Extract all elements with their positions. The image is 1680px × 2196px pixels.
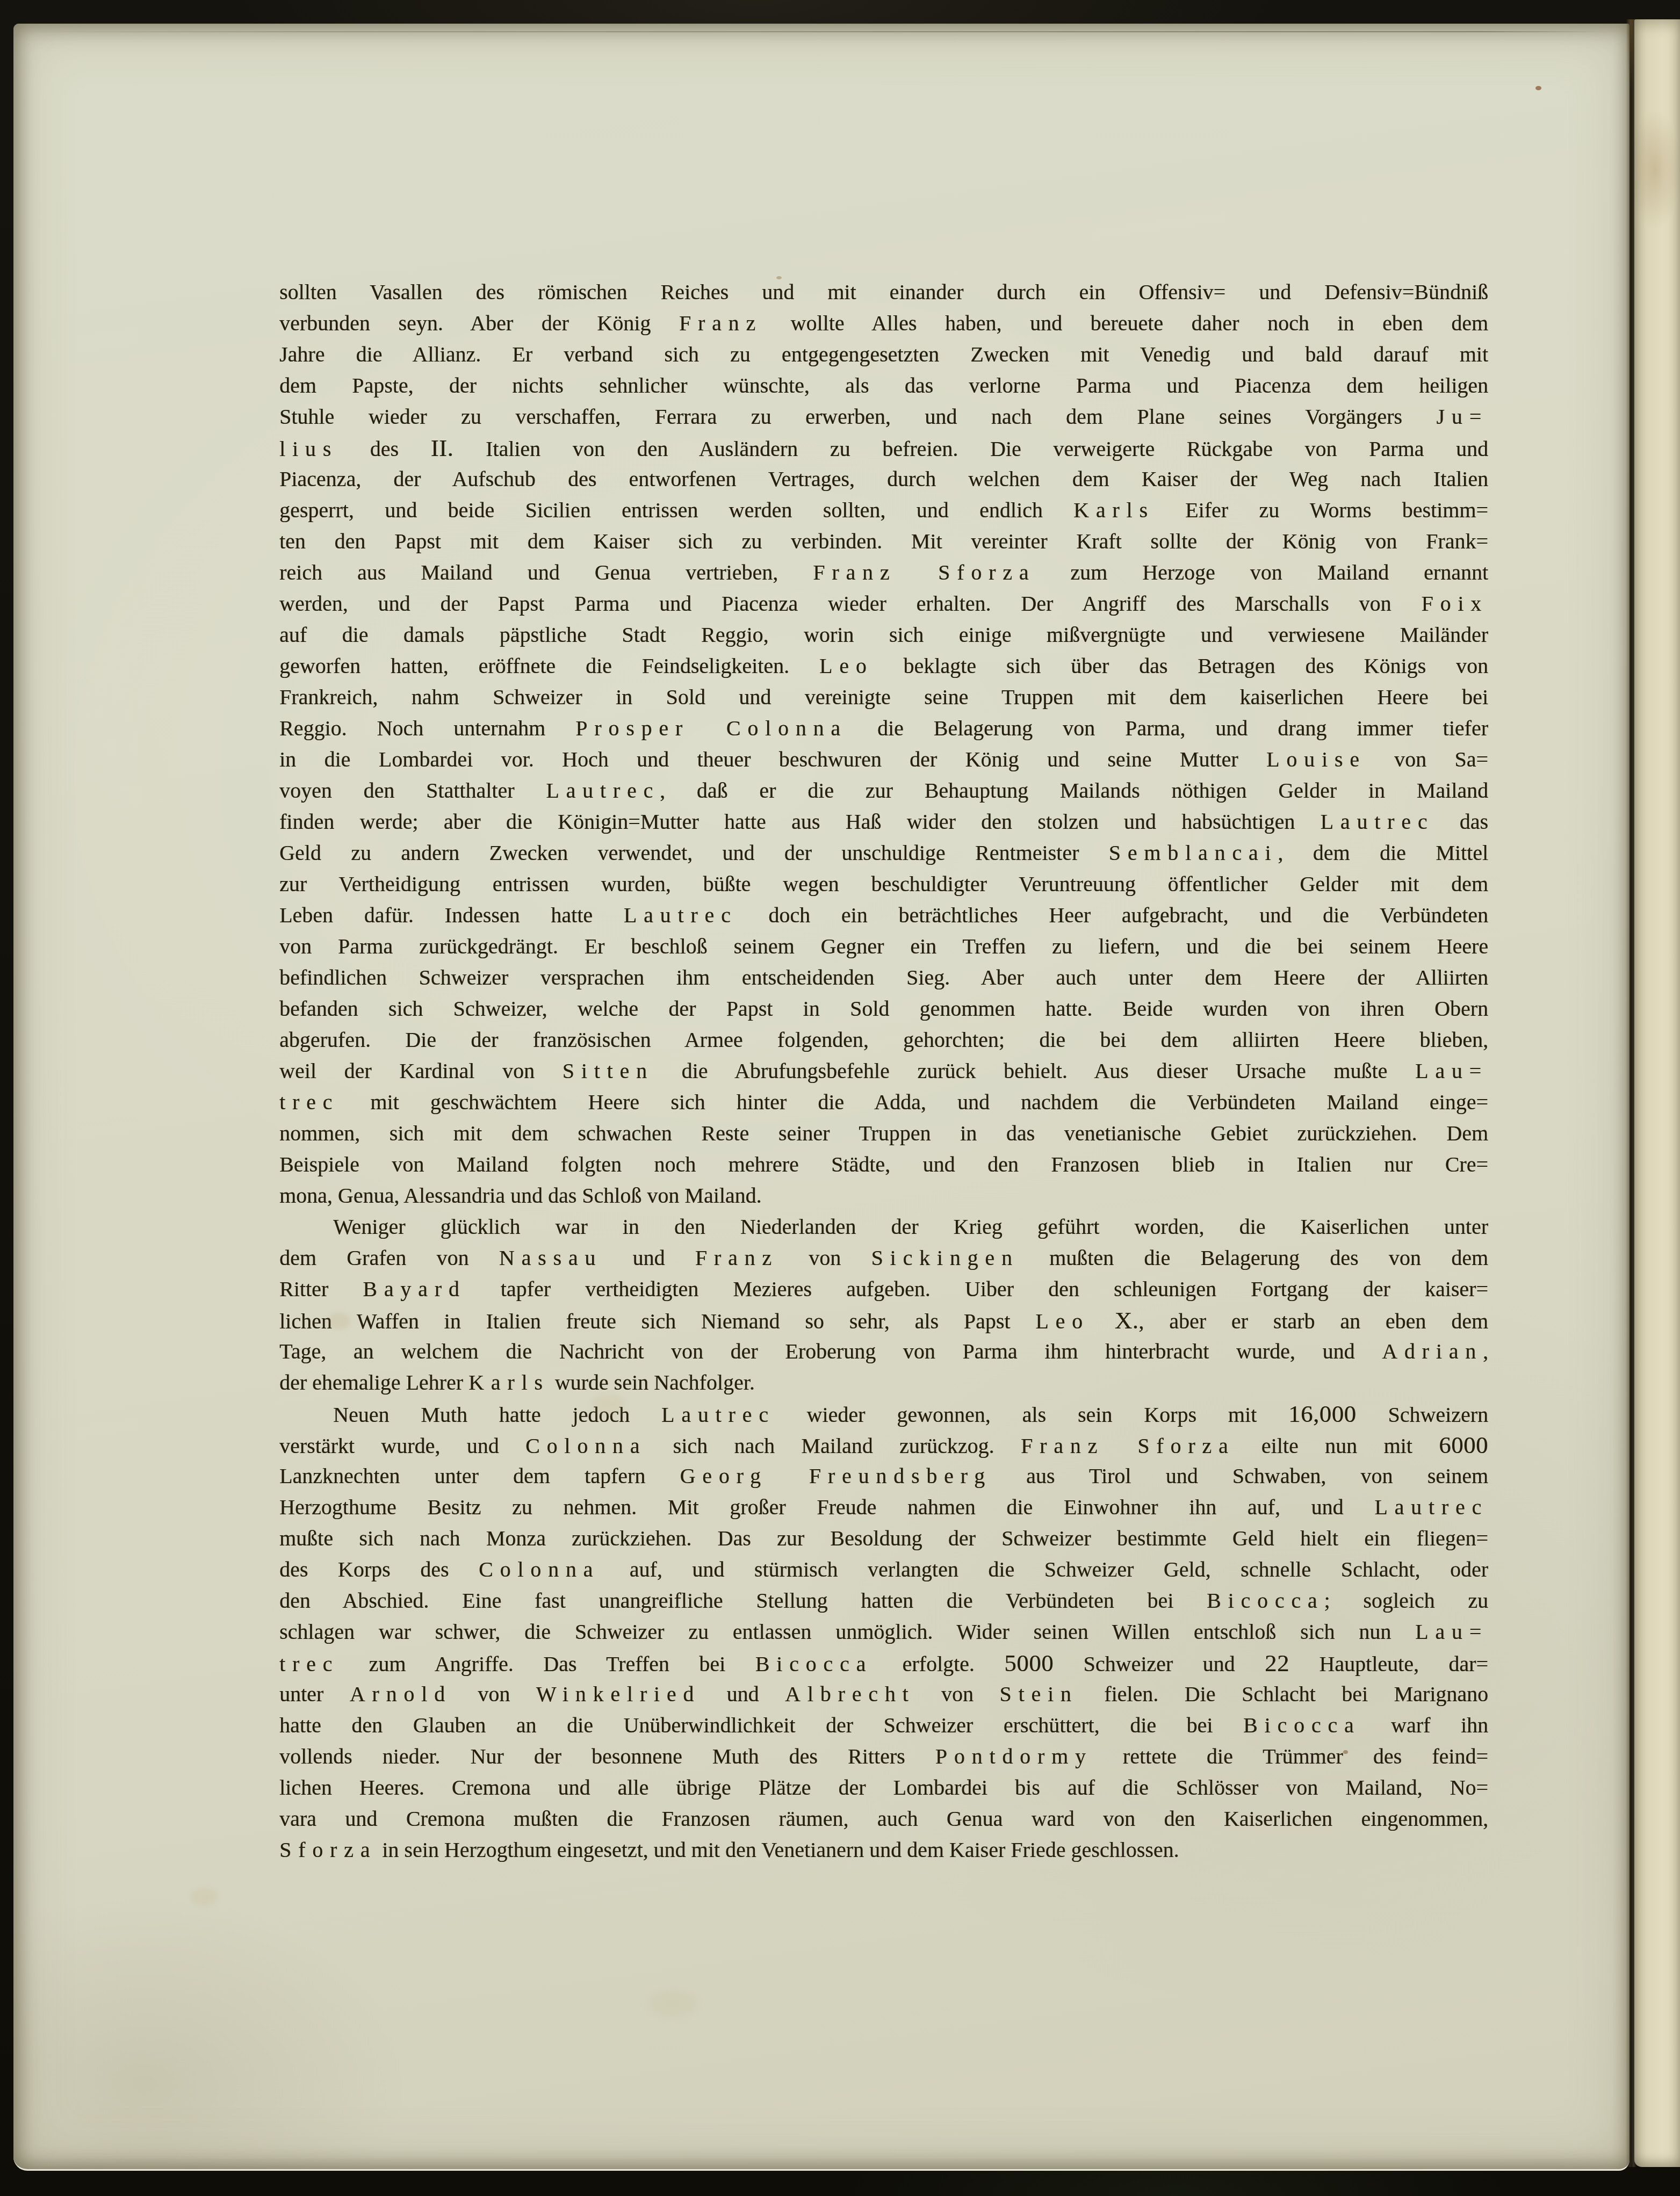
text-line: lius des II. Italien von den Ausländern … (279, 432, 1488, 464)
text-line: ten den Papst mit dem Kaiser sich zu ver… (279, 526, 1488, 557)
text-line: verstärkt wurde, und Colonna sich nach M… (279, 1429, 1488, 1461)
letterspaced-name: lius (279, 437, 338, 461)
antiqua-figure: 5000 (1004, 1650, 1054, 1677)
text-run: Italien von den Ausländern zu befreien. … (453, 437, 1488, 461)
letterspaced-name: Lau= (1415, 1620, 1488, 1644)
letterspaced-name: Franz Sforza (813, 560, 1035, 584)
text-run: rettete die Trümmer des feind= (1093, 1744, 1488, 1768)
text-run: auf die damals päpstliche Stadt Reggio, … (279, 623, 1488, 647)
text-run: warf ihn (1360, 1713, 1488, 1737)
text-run: mona, Genua, Alessandria und das Schloß … (279, 1183, 762, 1208)
text-run: wieder gewonnen, als sein Korps mit (775, 1403, 1288, 1427)
text-run: die Belagerung von Parma, und drang imme… (847, 716, 1488, 740)
text-run: ; sogleich zu (1324, 1588, 1488, 1613)
text-line: der ehemalige Lehrer Karls wurde sein Na… (279, 1367, 1488, 1398)
text-line: befanden sich Schweizer, welche der Paps… (279, 993, 1488, 1024)
book-page: sollten Vasallen des römischen Reiches u… (13, 24, 1629, 2171)
letterspaced-name: Leo (819, 654, 874, 678)
letterspaced-name: Foix (1421, 591, 1488, 616)
text-run: Herzogthume Besitz zu nehmen. Mit großer… (279, 1495, 1374, 1519)
letterspaced-name: Colonna (479, 1557, 600, 1581)
text-run: sich nach Mailand zurückzog. (646, 1434, 1021, 1458)
text-line: unter Arnold von Winkelried und Albrecht… (279, 1679, 1488, 1710)
antiqua-figure: II. (431, 435, 454, 461)
text-line: Leben dafür. Indessen hatte Lautrec doch… (279, 900, 1488, 931)
text-line: Jahre die Allianz. Er verband sich zu en… (279, 339, 1488, 370)
letterspaced-name: Pontdormy (935, 1744, 1093, 1768)
antiqua-figure: 22 (1265, 1650, 1289, 1677)
text-line: Reggio. Noch unternahm Prosper Colonna d… (279, 713, 1488, 744)
letterspaced-name: Franz (695, 1246, 778, 1270)
text-run: wurde sein Nachfolger. (550, 1370, 755, 1395)
text-run: Leben dafür. Indessen hatte (279, 903, 624, 927)
text-line: Lanzknechten unter dem tapfern Georg Fre… (279, 1461, 1488, 1492)
text-run: eilte nun mit (1235, 1434, 1439, 1458)
text-line: werden, und der Papst Parma und Piacenza… (279, 588, 1488, 619)
text-run: Tage, an welchem die Nachricht von der E… (279, 1339, 1382, 1363)
text-run: unter (279, 1682, 350, 1706)
text-run: Frankreich, nahm Schweizer in Sold und v… (279, 685, 1488, 709)
text-line: von Parma zurückgedrängt. Er beschloß se… (279, 931, 1488, 962)
text-run: zum Herzoge von Mailand ernannt (1035, 560, 1488, 584)
letterspaced-name: Lautrec (1374, 1495, 1488, 1519)
letterspaced-name: Adrian (1382, 1339, 1483, 1363)
text-run: Ritter (279, 1277, 363, 1301)
text-run: Lanzknechten unter dem tapfern (279, 1464, 680, 1488)
text-run: , aber er starb an eben dem (1138, 1309, 1488, 1333)
text-run: des Korps des (279, 1557, 479, 1581)
text-line: lichen Heeres. Cremona und alle übrige P… (279, 1772, 1488, 1803)
text-line: Sforza in sein Herzogthum eingesetzt, un… (279, 1834, 1488, 1866)
text-run: mußten die Belagerung des von dem (1019, 1246, 1488, 1270)
text-run: vara und Cremona mußten die Franzosen rä… (279, 1807, 1488, 1831)
letterspaced-name: Lautrec (624, 903, 738, 927)
text-run: in sein Herzogthum eingesetzt, und mit d… (377, 1838, 1179, 1862)
text-run: , (1483, 1339, 1488, 1363)
text-run: aus Tirol und Schwaben, von seinem (992, 1464, 1488, 1488)
text-run: der ehemalige Lehrer (279, 1370, 468, 1395)
text-run: verstärkt wurde, und (279, 1434, 525, 1458)
text-line: Frankreich, nahm Schweizer in Sold und v… (279, 682, 1488, 713)
antiqua-figure: 6000 (1439, 1432, 1488, 1458)
text-run: Schweizer und (1054, 1652, 1265, 1676)
letterspaced-name: Sforza (279, 1838, 377, 1862)
text-line: Ritter Bayard tapfer vertheidigten Mezie… (279, 1274, 1488, 1305)
paper-stain (191, 1888, 218, 1906)
text-line: verbunden seyn. Aber der König Franz wol… (279, 308, 1488, 339)
antiqua-figure: X. (1115, 1307, 1139, 1334)
text-run: finden werde; aber die Königin=Mutter ha… (279, 810, 1321, 834)
text-run: dem Grafen von (279, 1246, 499, 1270)
text-line: nommen, sich mit dem schwachen Reste sei… (279, 1118, 1488, 1149)
text-run: zum Angriffe. Das Treffen bei (339, 1652, 755, 1676)
letterspaced-name: Bicocca (755, 1652, 873, 1676)
letterspaced-name: Karls (468, 1370, 550, 1395)
letterspaced-name: Stein (999, 1682, 1078, 1706)
text-run: vollends nieder. Nur der besonnene Muth … (279, 1744, 935, 1768)
text-line: Neuen Muth hatte jedoch Lautrec wieder g… (279, 1398, 1488, 1429)
text-line: auf die damals päpstliche Stadt Reggio, … (279, 619, 1488, 651)
text-run: und (701, 1682, 785, 1706)
text-run: in die Lombardei vor. Hoch und theuer be… (279, 747, 1266, 771)
text-line: befindlichen Schweizer versprachen ihm e… (279, 962, 1488, 993)
letterspaced-name: Albrecht (785, 1682, 915, 1706)
text-run (1090, 1309, 1115, 1333)
text-run: befanden sich Schweizer, welche der Paps… (279, 996, 1488, 1021)
text-run: Piacenza, der Aufschub des entworfenen V… (279, 467, 1488, 491)
text-line: dem Grafen von Nassau und Franz von Sick… (279, 1243, 1488, 1274)
text-line: Herzogthume Besitz zu nehmen. Mit großer… (279, 1492, 1488, 1523)
text-run: Beispiele von Mailand folgten noch mehre… (279, 1152, 1488, 1176)
text-run: von (778, 1246, 871, 1270)
text-line: hatte den Glauben an die Unüberwindlichk… (279, 1710, 1488, 1741)
letterspaced-name: Ju= (1436, 404, 1488, 429)
text-run: von Parma zurückgedrängt. Er beschloß se… (279, 934, 1488, 958)
text-run: werden, und der Papst Parma und Piacenza… (279, 591, 1421, 616)
text-run: des (338, 437, 431, 461)
letterspaced-name: Colonna (525, 1434, 646, 1458)
letterspaced-name: Lautrec (661, 1403, 775, 1427)
text-line: den Abschied. Eine fast unangreifliche S… (279, 1585, 1488, 1616)
text-run: beklagte sich über das Betragen des Köni… (874, 654, 1488, 678)
text-run: , dem die Mittel (1278, 841, 1488, 865)
text-line: vollends nieder. Nur der besonnene Muth … (279, 1741, 1488, 1772)
text-run: schlagen war schwer, die Schweizer zu en… (279, 1620, 1415, 1644)
text-line: Weniger glücklich war in den Niederlande… (279, 1211, 1488, 1243)
letterspaced-name: Semblancai (1109, 841, 1278, 865)
text-line: voyen den Statthalter Lautrec, daß er di… (279, 775, 1488, 806)
page-top-edge-line (21, 31, 1608, 32)
letterspaced-name: Leo (1035, 1309, 1090, 1333)
text-run: nommen, sich mit dem schwachen Reste sei… (279, 1121, 1488, 1145)
text-run: abgerufen. Die der französischen Armee f… (279, 1028, 1488, 1052)
text-line: Tage, an welchem die Nachricht von der E… (279, 1336, 1488, 1367)
text-run: gesperrt, und beide Sicilien entrissen w… (279, 498, 1073, 522)
book-photo: sollten Vasallen des römischen Reiches u… (0, 0, 1680, 2196)
text-run: das (1434, 810, 1488, 834)
text-run: auf, und stürmisch verlangten die Schwei… (600, 1557, 1488, 1581)
text-run: reich aus Mailand und Genua vertrieben, (279, 560, 813, 584)
text-run: von Sa= (1366, 747, 1488, 771)
paper-stain (647, 1990, 698, 2018)
text-run: , daß er die zur Behauptung Mailands nöt… (660, 778, 1488, 803)
text-line: Beispiele von Mailand folgten noch mehre… (279, 1149, 1488, 1180)
letterspaced-name: Nassau (499, 1246, 602, 1270)
text-run: zur Vertheidigung entrissen wurden, büßt… (279, 872, 1488, 896)
letterspaced-name: Prosper Colonna (575, 716, 847, 740)
text-line: trec mit geschwächtem Heere sich hinter … (279, 1087, 1488, 1118)
letterspaced-name: trec (279, 1652, 339, 1676)
text-run: den Abschied. Eine fast unangreifliche S… (279, 1588, 1207, 1613)
text-line: sollten Vasallen des römischen Reiches u… (279, 277, 1488, 308)
text-line: weil der Kardinal von Sitten die Abrufun… (279, 1056, 1488, 1087)
text-run: Jahre die Allianz. Er verband sich zu en… (279, 342, 1488, 366)
text-line: reich aus Mailand und Genua vertrieben, … (279, 557, 1488, 588)
text-run: ten den Papst mit dem Kaiser sich zu ver… (279, 529, 1488, 553)
text-run: verbunden seyn. Aber der König (279, 311, 679, 335)
text-run: voyen den Statthalter (279, 778, 546, 803)
text-run: befindlichen Schweizer versprachen ihm e… (279, 965, 1488, 989)
text-run: sollten Vasallen des römischen Reiches u… (279, 280, 1488, 304)
adjacent-page-edge (1634, 19, 1680, 2167)
text-run: erfolgte. (873, 1652, 1004, 1676)
text-line: gesperrt, und beide Sicilien entrissen w… (279, 495, 1488, 526)
text-line: abgerufen. Die der französischen Armee f… (279, 1024, 1488, 1056)
letterspaced-name: trec (279, 1090, 339, 1114)
text-line: mona, Genua, Alessandria und das Schloß … (279, 1180, 1488, 1211)
letterspaced-name: Lautrec (546, 778, 660, 803)
text-line: lichen Waffen in Italien freute sich Nie… (279, 1305, 1488, 1336)
text-run: Eifer zu Worms bestimm= (1155, 498, 1488, 522)
letterspaced-name: Franz Sforza (1021, 1434, 1235, 1458)
text-line: mußte sich nach Monza zurückziehen. Das … (279, 1523, 1488, 1554)
text-run: geworfen hatten, eröffnete die Feindseli… (279, 654, 819, 678)
text-run: weil der Kardinal von (279, 1059, 563, 1083)
text-run: und (602, 1246, 695, 1270)
letterspaced-name: Bicocca (1243, 1713, 1360, 1737)
text-line: Piacenza, der Aufschub des entworfenen V… (279, 464, 1488, 495)
text-line: finden werde; aber die Königin=Mutter ha… (279, 806, 1488, 837)
text-run: wollte Alles haben, und bereuete daher n… (762, 311, 1488, 335)
text-run: von (915, 1682, 999, 1706)
text-line: geworfen hatten, eröffnete die Feindseli… (279, 651, 1488, 682)
letterspaced-name: Georg Freundsberg (680, 1464, 992, 1488)
letterspaced-name: Lautrec (1321, 810, 1434, 834)
text-run: Stuhle wieder zu verschaffen, Ferrara zu… (279, 404, 1436, 429)
text-run: Reggio. Noch unternahm (279, 716, 575, 740)
letterspaced-name: Lau= (1415, 1059, 1488, 1083)
text-run: Hauptleute, dar= (1289, 1652, 1488, 1676)
antiqua-figure: 16,000 (1288, 1400, 1356, 1427)
letterspaced-name: Winkelried (536, 1682, 701, 1706)
text-run: Weniger glücklich war in den Niederlande… (333, 1215, 1488, 1239)
letterspaced-name: Bayard (363, 1277, 466, 1301)
text-run: lichen Waffen in Italien freute sich Nie… (279, 1309, 1035, 1333)
text-run: fielen. Die Schlacht bei Marignano (1078, 1682, 1488, 1706)
letterspaced-name: Sitten (563, 1059, 654, 1083)
text-line: des Korps des Colonna auf, und stürmisch… (279, 1554, 1488, 1585)
letterspaced-name: Louise (1266, 747, 1366, 771)
text-line: schlagen war schwer, die Schweizer zu en… (279, 1616, 1488, 1648)
text-line: in die Lombardei vor. Hoch und theuer be… (279, 744, 1488, 775)
text-run: tapfer vertheidigten Mezieres aufgeben. … (466, 1277, 1488, 1301)
text-line: Geld zu andern Zwecken verwendet, und de… (279, 837, 1488, 869)
text-run: dem Papste, der nichts sehnlicher wünsch… (279, 373, 1488, 398)
text-run: hatte den Glauben an die Unüberwindlichk… (279, 1713, 1243, 1737)
text-run: mit geschwächtem Heere sich hinter die A… (339, 1090, 1488, 1114)
letterspaced-name: Sickingen (871, 1246, 1019, 1270)
text-line: vara und Cremona mußten die Franzosen rä… (279, 1803, 1488, 1834)
text-run: mußte sich nach Monza zurückziehen. Das … (279, 1526, 1488, 1550)
text-run: von (452, 1682, 536, 1706)
text-run: Geld zu andern Zwecken verwendet, und de… (279, 841, 1109, 865)
text-run: doch ein beträchtliches Heer aufgebracht… (738, 903, 1488, 927)
text-line: Stuhle wieder zu verschaffen, Ferrara zu… (279, 401, 1488, 432)
text-run: Schweizern (1357, 1403, 1488, 1427)
text-run: lichen Heeres. Cremona und alle übrige P… (279, 1775, 1488, 1800)
letterspaced-name: Bicocca (1207, 1588, 1324, 1613)
text-line: zur Vertheidigung entrissen wurden, büßt… (279, 869, 1488, 900)
page-text: sollten Vasallen des römischen Reiches u… (279, 277, 1488, 1866)
text-line: trec zum Angriffe. Das Treffen bei Bicoc… (279, 1648, 1488, 1679)
letterspaced-name: Karls (1073, 498, 1155, 522)
text-line: dem Papste, der nichts sehnlicher wünsch… (279, 370, 1488, 401)
text-run: Neuen Muth hatte jedoch (333, 1403, 661, 1427)
text-run: die Abrufungsbefehle zurück behielt. Aus… (654, 1059, 1415, 1083)
letterspaced-name: Franz (679, 311, 762, 335)
letterspaced-name: Arnold (350, 1682, 452, 1706)
